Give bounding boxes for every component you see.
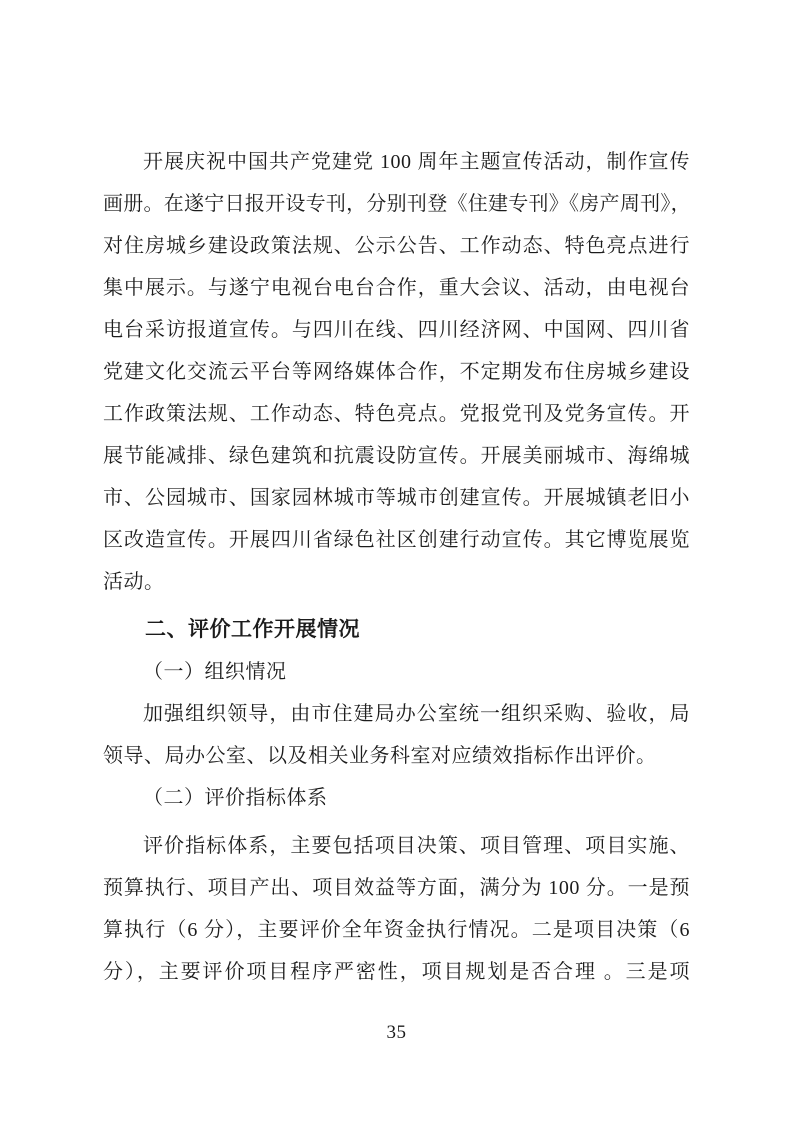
- text-line: 展节能减排、绿色建筑和抗震设防宣传。开展美丽城市、海绵城: [103, 435, 690, 477]
- document-page: 开展庆祝中国共产党建党 100 周年主题宣传活动，制作宣传 画册。在遂宁日报开设…: [0, 0, 793, 1122]
- subsection-heading: （一）组织情况: [103, 651, 690, 693]
- text-line: 活动。: [103, 561, 690, 603]
- section-heading: 二、评价工作开展情况: [103, 609, 690, 651]
- text-line: 集中展示。与遂宁电视台电台合作，重大会议、活动，由电视台: [103, 267, 690, 309]
- text-line: 分），主要评价项目程序严密性，项目规划是否合理 。三是项: [103, 951, 690, 993]
- text-line: 对住房城乡建设政策法规、公示公告、工作动态、特色亮点进行: [103, 225, 690, 267]
- text-line: 算执行（6 分），主要评价全年资金执行情况。二是项目决策（6: [103, 909, 690, 951]
- text-line: 市、公园城市、国家园林城市等城市创建宣传。开展城镇老旧小: [103, 477, 690, 519]
- text-line: 党建文化交流云平台等网络媒体合作，不定期发布住房城乡建设: [103, 351, 690, 393]
- text-line: 工作政策法规、工作动态、特色亮点。党报党刊及党务宣传。开: [103, 393, 690, 435]
- text-line: 开展庆祝中国共产党建党 100 周年主题宣传活动，制作宣传: [103, 141, 690, 183]
- page-number: 35: [0, 1022, 793, 1044]
- subsection-heading: （二）评价指标体系: [103, 777, 690, 819]
- document-body: 开展庆祝中国共产党建党 100 周年主题宣传活动，制作宣传 画册。在遂宁日报开设…: [103, 141, 690, 993]
- text-line: 预算执行、项目产出、项目效益等方面，满分为 100 分。一是预: [103, 867, 690, 909]
- text-line: 画册。在遂宁日报开设专刊，分别刊登《住建专刊》《房产周刊》，: [103, 183, 690, 225]
- text-line: 加强组织领导，由市住建局办公室统一组织采购、验收，局: [103, 693, 690, 735]
- text-line: 领导、局办公室、以及相关业务科室对应绩效指标作出评价。: [103, 735, 690, 777]
- text-line: 评价指标体系，主要包括项目决策、项目管理、项目实施、: [103, 825, 690, 867]
- text-line: 电台采访报道宣传。与四川在线、四川经济网、中国网、四川省: [103, 309, 690, 351]
- text-line: 区改造宣传。开展四川省绿色社区创建行动宣传。其它博览展览: [103, 519, 690, 561]
